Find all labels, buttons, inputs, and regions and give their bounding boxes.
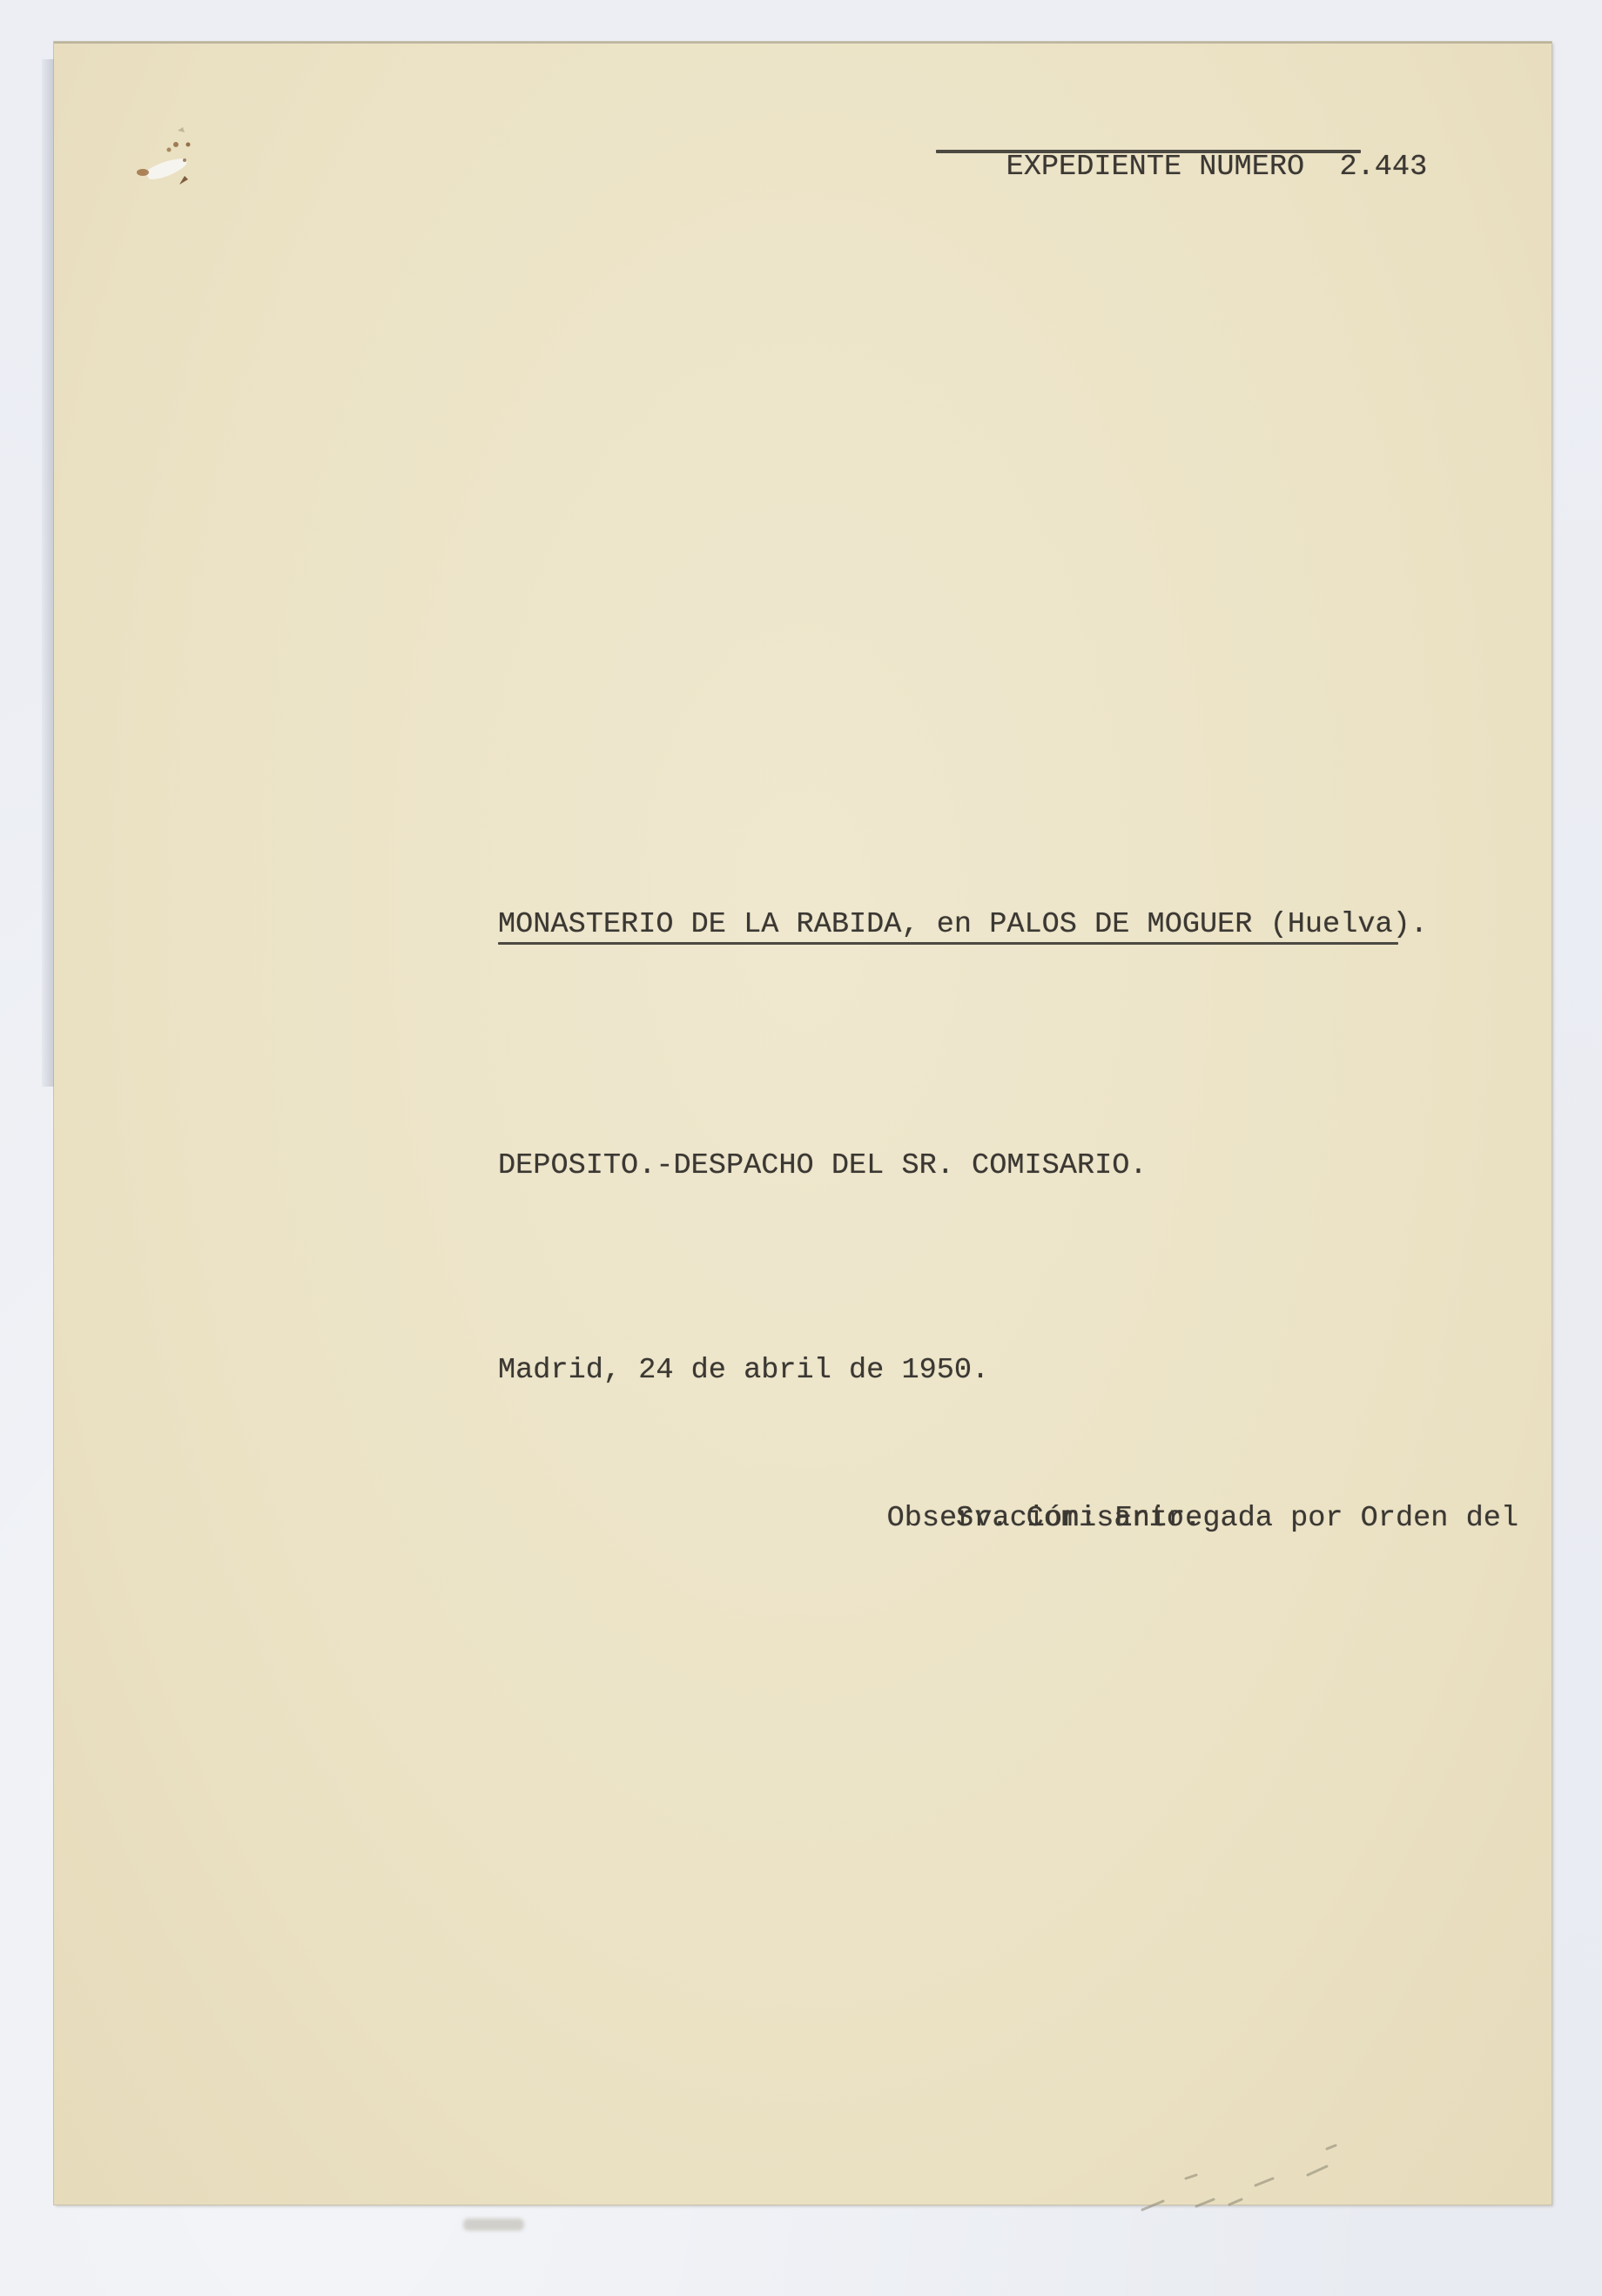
spacer [1304,151,1339,184]
date-line: Madrid, 24 de abril de 1950. [498,1353,989,1388]
paper-damage-mark-icon [125,118,221,197]
ink-smudge [463,2219,524,2231]
document-page: EXPEDIENTE NUMERO 2.443 MONASTERIO DE LA… [54,42,1552,2205]
file-number-header: EXPEDIENTE NUMERO 2.443 [936,115,1427,219]
file-number-label: EXPEDIENTE NUMERO [1006,151,1305,184]
document-title: MONASTERIO DE LA RABIDA, en PALOS DE MOG… [498,907,1428,942]
pencil-marks-icon [1134,2123,1360,2227]
deposit-line: DEPOSITO.-DESPACHO DEL SR. COMISARIO. [498,1148,1148,1183]
observation-line-2: Sr. Comisario. [956,1501,1201,1536]
file-number-value: 2.443 [1339,151,1427,184]
document-title-underline [498,942,1398,945]
file-number-underline [936,150,1361,153]
